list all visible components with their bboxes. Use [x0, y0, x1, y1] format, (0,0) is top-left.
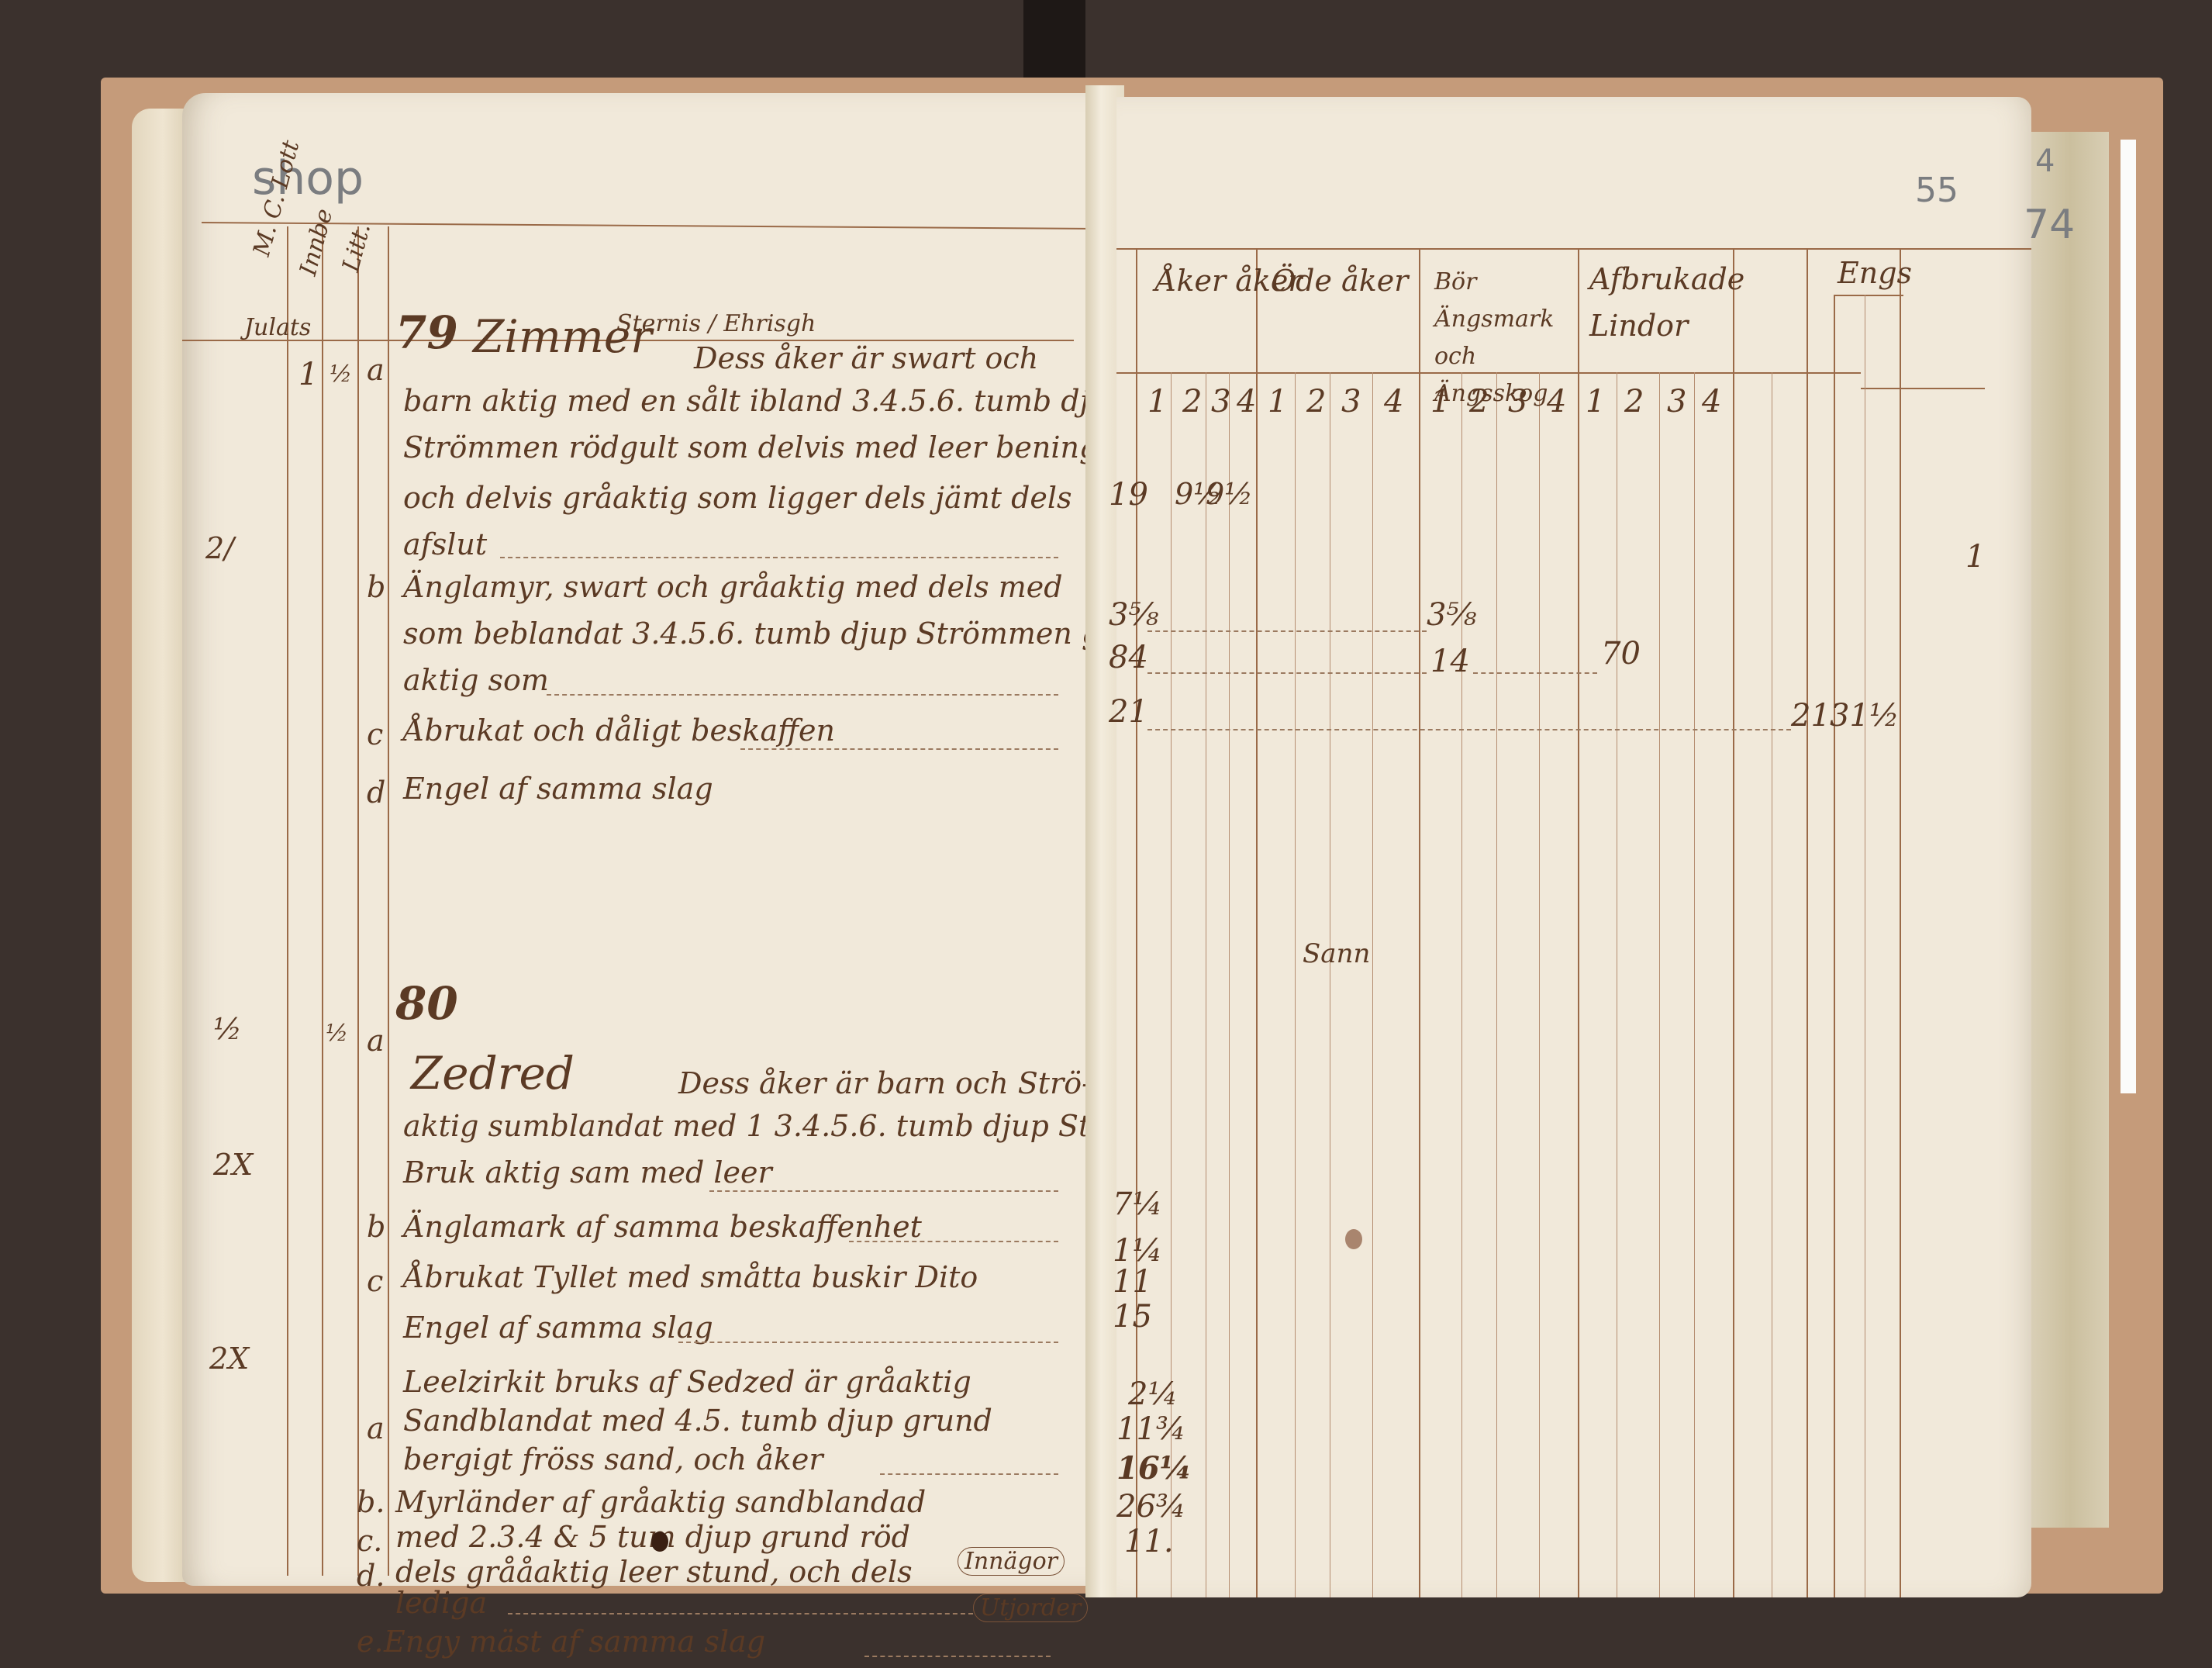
item-letter: b: [367, 570, 385, 604]
row-value: 9½: [1206, 477, 1253, 511]
margin-mark: 2X: [209, 1342, 249, 1376]
item-letter: a: [367, 353, 385, 387]
row-total: 3⅝: [1109, 597, 1158, 633]
circled-note: Utjorder: [973, 1594, 1088, 1622]
dashed-leader: [1147, 672, 1427, 674]
column-rule: [357, 226, 359, 1576]
ink-blot: [651, 1532, 668, 1552]
col-group-ode-aker: Öde åker: [1272, 264, 1408, 298]
subcol-rule: [1539, 372, 1540, 1597]
subcol-label: 3: [1211, 384, 1230, 420]
margin-mark: 2/: [205, 531, 234, 565]
subcol-label: 2: [1469, 384, 1489, 420]
subcol-label: 4: [1384, 384, 1403, 420]
column-rule: [388, 226, 389, 1576]
group-rule: [1834, 295, 1835, 1597]
entry-line: Myrländer af gråaktig sandblandad: [395, 1485, 926, 1519]
dashed-leader: [508, 1613, 973, 1614]
subcol-rule: [1295, 372, 1296, 1597]
entry-line: Sandblandat med 4.5. tumb djup grund: [403, 1404, 992, 1438]
subcol-label: 3: [1667, 384, 1686, 420]
row-total: 7¼: [1113, 1186, 1162, 1222]
dashed-leader: [678, 1342, 1058, 1343]
subcol-rule: [1372, 372, 1373, 1597]
row-total: 2¼: [1128, 1376, 1178, 1412]
entry-80-col2: ½: [326, 1020, 348, 1047]
item-letter: c: [367, 1264, 383, 1298]
group-rule: [1256, 248, 1258, 1597]
entry-line: Engy mäst af samma slag: [384, 1625, 765, 1659]
item-letter: c: [367, 717, 383, 751]
row-total: 19: [1109, 477, 1148, 513]
dashed-leader: [864, 1656, 1051, 1657]
entry-line: bergigt fröss sand, och åker: [403, 1442, 823, 1476]
entry-line: Bruk aktig sam med leer: [403, 1155, 772, 1190]
subcol-label: 1: [1430, 384, 1450, 420]
entry-line: och delvis gråaktig som ligger dels jämt…: [403, 481, 1072, 515]
margin-mark: ½: [213, 1012, 242, 1046]
col-group-afbrukade: Afbrukade Lindor: [1589, 256, 1721, 349]
subcol-rule: [1206, 372, 1206, 1597]
entry-line: Dess åker är barn och Strö-: [678, 1066, 1092, 1100]
subcol-label: 2: [1306, 384, 1326, 420]
dashed-leader: [880, 1473, 1058, 1475]
item-letter: a: [367, 1411, 385, 1445]
subcol-label: 2: [1624, 384, 1644, 420]
header-col-sub: Julats: [244, 314, 311, 341]
dashed-leader: [740, 748, 1058, 750]
row-total: 15: [1113, 1299, 1152, 1335]
header-col-2: Innbe: [295, 206, 338, 279]
circled-note: Innägor: [958, 1547, 1065, 1576]
column-rule: [322, 226, 323, 1576]
entry-79-annotation: Sternis / Ehrisgh: [616, 310, 816, 337]
white-insert-strip: [2121, 140, 2136, 1093]
ink-stain: [1345, 1229, 1362, 1249]
subcol-rule: [1772, 372, 1772, 1597]
row-value: 14: [1430, 644, 1470, 679]
row-total: 11: [1113, 1264, 1152, 1300]
group-rule: [1807, 248, 1808, 1597]
header-bottom-rule-right: [1861, 388, 1985, 389]
item-letter: d.: [357, 1559, 385, 1593]
header-top-rule: [1116, 248, 2031, 250]
right-page: 55 Åker åker Öde åker Bör Ängsmark och Ä…: [1116, 97, 2031, 1597]
entry-line: som beblandat 3.4.5.6. tumb djup Strömme…: [403, 616, 1129, 651]
pencil-corner-mark: 4: [2035, 143, 2055, 179]
item-letter: a: [367, 1024, 385, 1058]
entry-79-number: 79: [395, 306, 458, 359]
group-rule: [1419, 248, 1420, 1597]
subcol-rule: [1330, 372, 1330, 1597]
row-total: 16¼: [1116, 1450, 1192, 1487]
entry-line: Engel af samma slag: [403, 772, 713, 806]
entry-80-name: Zedred: [411, 1047, 575, 1100]
dashed-leader: [500, 557, 1058, 558]
subcol-label: 4: [1237, 384, 1256, 420]
group-rule: [1900, 248, 1901, 1597]
subcol-rule: [1694, 372, 1695, 1597]
subcol-rule: [1496, 372, 1497, 1597]
pencil-corner-number: 74: [2024, 202, 2075, 248]
subcol-label: 2: [1182, 384, 1202, 420]
header-col-3: Litt.: [337, 220, 376, 275]
item-letter: b: [367, 1210, 385, 1244]
book-spine: [1023, 0, 1085, 85]
item-letter: e.: [357, 1625, 384, 1659]
entry-line: aktig som: [403, 663, 549, 697]
margin-mark: 2X: [213, 1148, 253, 1182]
row-total: 84: [1109, 640, 1148, 675]
subcol-rule: [1617, 372, 1617, 1597]
subcol-label: 4: [1702, 384, 1721, 420]
item-letter: b.: [357, 1485, 385, 1519]
entry-line: dels grååaktig leer stund, och dels: [395, 1555, 913, 1589]
row-value: 31½: [1830, 698, 1900, 734]
subcol-label: 3: [1508, 384, 1527, 420]
item-letter: d: [367, 775, 385, 810]
entry-line: Engel af samma slag: [403, 1311, 713, 1345]
entry-line: Änglamark af samma beskaffenhet: [403, 1210, 922, 1244]
entry-line: Åbrukat Tyllet med småtta buskir Dito: [403, 1260, 978, 1294]
subcol-label: 3: [1341, 384, 1361, 420]
row-total: 21: [1109, 694, 1148, 730]
entry-line: afslut: [403, 527, 487, 561]
entry-line: Dess åker är swart och: [694, 341, 1038, 375]
subcol-rule: [1865, 295, 1865, 1597]
subcol-label: 1: [1268, 384, 1287, 420]
subcol-rule: [1461, 372, 1462, 1597]
row-total: 11.: [1124, 1524, 1174, 1559]
entry-line: Leelzirkit bruks af Sedzed är gråaktig: [403, 1365, 971, 1399]
row-value: 70: [1601, 636, 1641, 672]
row-value: 21: [1791, 698, 1831, 734]
left-page: shop M. C. Lott Innbe Litt. Julats 2/ ½ …: [182, 93, 1093, 1586]
column-rule: [287, 226, 288, 1576]
subcol-label: 1: [1586, 384, 1605, 420]
dashed-leader: [547, 694, 1058, 696]
entry-80-number: 80: [395, 977, 458, 1030]
right-page-edges: [2031, 132, 2109, 1528]
dashed-leader: [709, 1190, 1058, 1192]
entry-79-col1: 1: [298, 357, 318, 392]
dashed-leader: [849, 1241, 1058, 1242]
group-rule: [1578, 248, 1579, 1597]
entry-79-col2: ½: [330, 361, 352, 388]
row-total: 26¾: [1116, 1489, 1186, 1525]
subcol-rule: [1659, 372, 1660, 1597]
row-total: 11¾: [1116, 1411, 1186, 1447]
margin-mark: 1: [1965, 539, 1985, 575]
pencil-page-number: 55: [1915, 171, 1958, 210]
row-value: 3⅝: [1427, 597, 1476, 633]
subcol-label: 4: [1547, 384, 1566, 420]
entry-line: Strömmen rödgult som delvis med leer ben…: [403, 430, 1110, 464]
subcol-label: 1: [1147, 384, 1167, 420]
dashed-leader: [1147, 630, 1427, 632]
entry-line: Åbrukat och dåligt beskaffen: [403, 713, 835, 748]
subcol-rule: [1229, 372, 1230, 1597]
col-group-engs: Engs: [1838, 256, 1912, 290]
dashed-leader: [1147, 729, 1791, 730]
engs-subheader-rule: [1834, 295, 1903, 296]
mid-note: Sann: [1303, 938, 1370, 969]
item-letter: c.: [357, 1524, 382, 1558]
entry-line: barn aktig med en sålt ibland 3.4.5.6. t…: [403, 384, 1127, 418]
dashed-leader: [1473, 672, 1597, 674]
entry-line: Änglamyr, swart och gråaktig med dels me…: [403, 570, 1063, 604]
group-rule: [1733, 248, 1734, 1597]
entry-line: lediga: [395, 1586, 487, 1620]
